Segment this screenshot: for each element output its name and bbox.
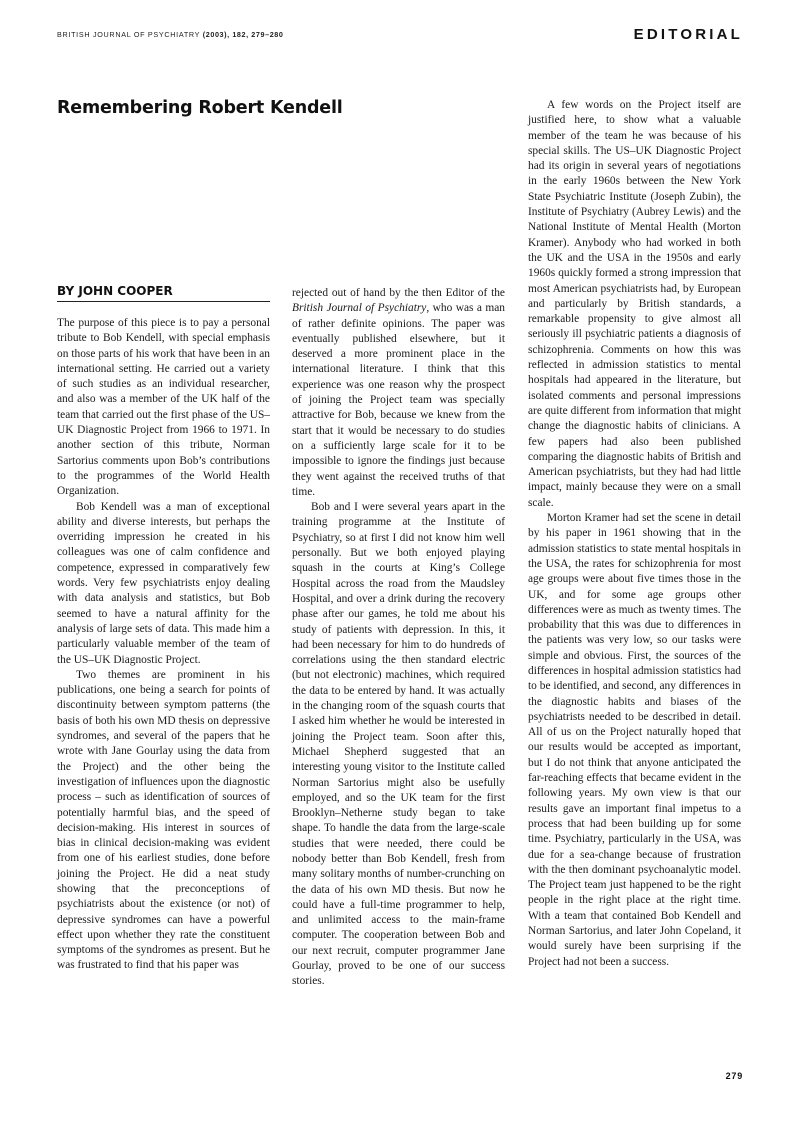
running-head: BRITISH JOURNAL OF PSYCHIATRY (2003), 18… bbox=[57, 30, 284, 39]
paragraph: The purpose of this piece is to pay a pe… bbox=[57, 316, 270, 500]
byline: BY JOHN COOPER bbox=[57, 284, 270, 302]
page-number: 279 bbox=[726, 1071, 743, 1081]
text-run: rejected out of hand by the then Editor … bbox=[292, 287, 505, 299]
paragraph: rejected out of hand by the then Editor … bbox=[292, 286, 505, 500]
paragraph: Two themes are prominent in his publicat… bbox=[57, 668, 270, 974]
journal-citation: (2003), 182, 279–280 bbox=[203, 30, 284, 39]
journal-title-italic: British Journal of Psychiatry bbox=[292, 302, 426, 314]
paragraph: Morton Kramer had set the scene in detai… bbox=[528, 511, 741, 970]
paragraph: Bob Kendell was a man of exceptional abi… bbox=[57, 500, 270, 668]
column-2: rejected out of hand by the then Editor … bbox=[292, 286, 505, 990]
paragraph: A few words on the Project itself are ju… bbox=[528, 98, 741, 511]
journal-name: BRITISH JOURNAL OF PSYCHIATRY bbox=[57, 30, 200, 39]
column-1: The purpose of this piece is to pay a pe… bbox=[57, 316, 270, 974]
section-label: EDITORIAL bbox=[634, 26, 743, 43]
column-3: A few words on the Project itself are ju… bbox=[528, 98, 741, 970]
paragraph: Bob and I were several years apart in th… bbox=[292, 500, 505, 990]
article-title: Remembering Robert Kendell bbox=[57, 98, 343, 118]
text-run: , who was a man of rather definite opini… bbox=[292, 302, 505, 498]
